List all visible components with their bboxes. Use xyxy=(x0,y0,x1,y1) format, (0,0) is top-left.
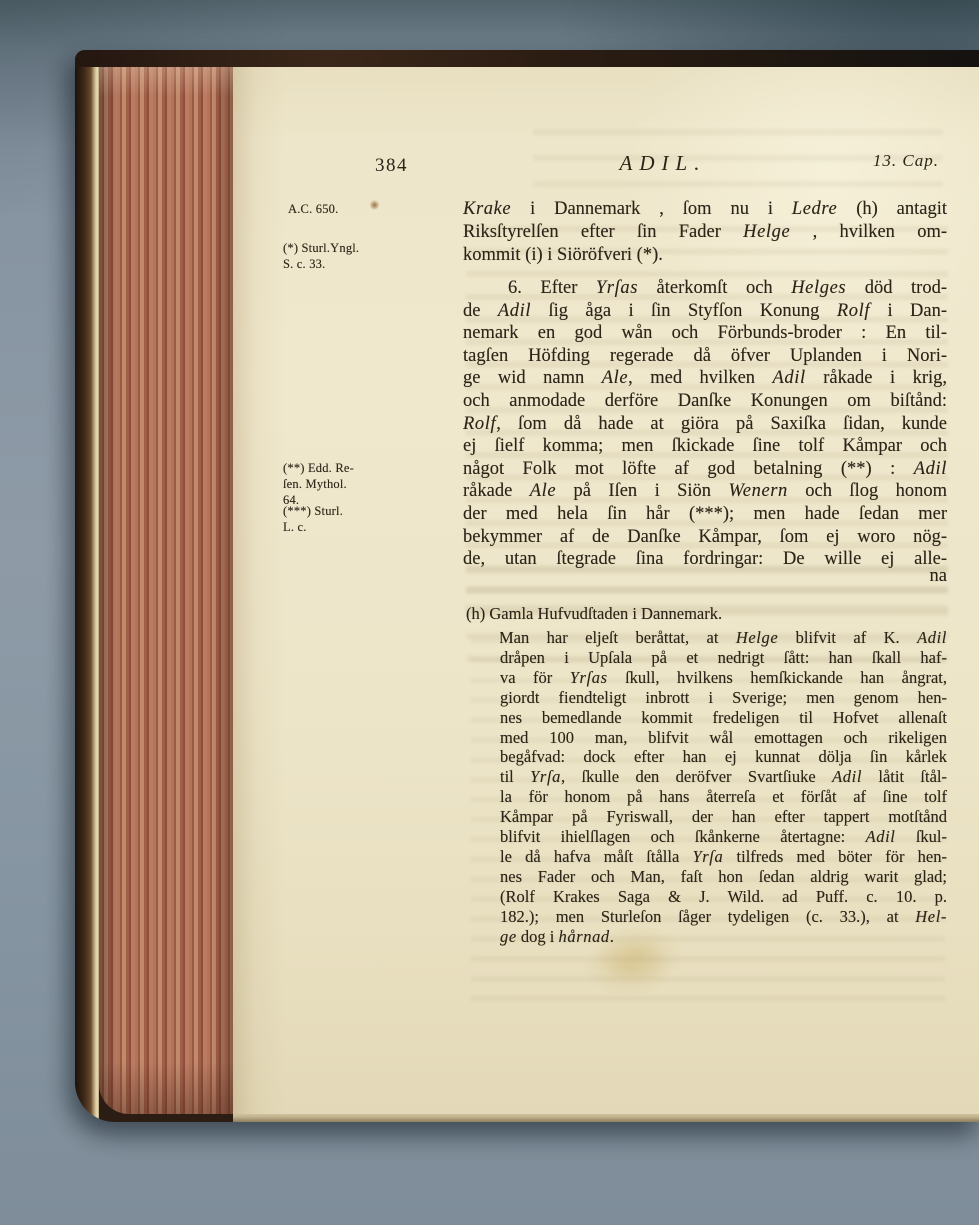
italic-text: Rolf xyxy=(837,301,870,321)
body-paragraph-1: Krake i Dannemark , ſom nu i Ledre (h) a… xyxy=(463,198,947,267)
italic-text: Ale xyxy=(530,481,556,501)
text: (*) Sturl.Yngl. xyxy=(283,241,359,255)
text: L. c. xyxy=(283,520,307,534)
book-cover-edge-left xyxy=(75,50,99,1122)
text: , ſom då hade at giöra på Saxiſka ſidan,… xyxy=(496,414,947,434)
running-title: ADIL. xyxy=(568,151,758,176)
text: (i) Man har eljeſt beråttat, at xyxy=(500,628,736,647)
text-line: nes Fader och Man, faſt hon ſedan aldrig… xyxy=(500,867,947,887)
text: giordt fiendteligt inbrott i Sverige; me… xyxy=(500,688,947,707)
text: la för honom på hans återreſa et förſåt … xyxy=(500,787,947,806)
photo-background: 384 ADIL. 13. Cap. A.C. 650. (*) Sturl.Y… xyxy=(0,0,979,1225)
text: (Rolf Krakes Saga & J. Wild. ad Puff. c.… xyxy=(500,887,947,906)
text: tagſen Höfding regerade då öfver Uplande… xyxy=(463,346,947,366)
text-line: ej ſielf komma; men ſkickade ſine tolf K… xyxy=(463,435,947,458)
italic-text: Helge xyxy=(736,628,778,647)
text: S. c. 33. xyxy=(283,257,325,271)
book-page-edges xyxy=(99,65,233,1114)
text: med 100 man, blifvit wål emottagen och r… xyxy=(500,728,947,747)
catchword: na xyxy=(463,566,947,587)
text-line: va för Yrſas ſkull, hvilkens hemſkickand… xyxy=(500,668,947,688)
text-line: (h) Gamla Hufvudſtaden i Dannemark. xyxy=(466,604,947,624)
text-line: der med hela ſin hår (***); men hade ſed… xyxy=(463,503,947,526)
text: ſig åga i ſin Styfſon Konung xyxy=(531,301,837,321)
text: död trod- xyxy=(846,278,947,298)
text-line: ge wid namn Ale, med hvilken Adil råkade… xyxy=(463,367,947,390)
text: ſkul- xyxy=(896,827,948,846)
text: i Dan- xyxy=(870,301,947,321)
text: 6. Efter xyxy=(508,278,596,298)
text: blifvit af K. xyxy=(778,628,917,647)
text: tilfreds med böter för hen- xyxy=(723,847,947,866)
margin-note-year: A.C. 650. xyxy=(288,202,456,218)
text: , med hvilken xyxy=(628,368,772,388)
italic-text: Yrſas xyxy=(570,668,608,687)
book-cover-edge-top xyxy=(75,50,979,67)
text-line: dråpen i Upſala på et nedrigt ſått: han … xyxy=(500,648,947,668)
text-line: nes bemedlande kommit fredeligen til Hof… xyxy=(500,708,947,728)
margin-note-star: (*) Sturl.Yngl.S. c. 33. xyxy=(283,241,451,273)
text: nes bemedlande kommit fredeligen til Hof… xyxy=(500,708,947,727)
text-line: ge dog i hårnad. xyxy=(500,927,947,947)
text-line: de Adil ſig åga i ſin Styfſon Konung Rol… xyxy=(463,300,947,323)
text: (***) Sturl. xyxy=(283,504,343,518)
text-line: och anmodade derföre Danſke Konungen om … xyxy=(463,390,947,413)
italic-text: Helge xyxy=(743,222,790,242)
italic-text: Ledre xyxy=(792,199,837,219)
italic-text: hårnad xyxy=(559,927,610,946)
italic-text: Adil xyxy=(498,301,531,321)
text: ej ſielf komma; men ſkickade ſine tolf K… xyxy=(463,436,947,456)
text: Riksſtyrelſen efter ſin Fader xyxy=(463,222,743,242)
text: va för xyxy=(500,668,570,687)
text-line: bekymmer af de Danſke Kåmpar, ſom ej wor… xyxy=(463,526,947,549)
text: (**) Edd. Re- xyxy=(283,461,354,475)
text: ſkull, hvilkens hemſkickande han ångrat, xyxy=(608,668,947,687)
text-line: ſen. Mythol. xyxy=(283,477,451,493)
text: kommit (i) i Siöröfveri (*). xyxy=(463,245,663,265)
italic-text: Adil xyxy=(832,767,862,786)
italic-text: Ale xyxy=(602,368,628,388)
text-line: la för honom på hans återreſa et förſåt … xyxy=(500,787,947,807)
text: något Folk mot löfte af god betalning (*… xyxy=(463,459,914,479)
text: , ſkulle den deröfver Svartſiuke xyxy=(561,767,832,786)
text: ſen. Mythol. xyxy=(283,477,347,491)
text: blifvit ihielſlagen och ſkånkerne återta… xyxy=(500,827,866,846)
italic-text: Adil xyxy=(866,827,896,846)
text-line: blifvit ihielſlagen och ſkånkerne återta… xyxy=(500,827,947,847)
text: der med hela ſin hår (***); men hade ſed… xyxy=(463,504,947,524)
body-paragraph-2: 6. Efter Yrſas återkomſt och Helges död … xyxy=(463,277,947,571)
text-line: giordt fiendteligt inbrott i Sverige; me… xyxy=(500,688,947,708)
text-line: kommit (i) i Siöröfveri (*). xyxy=(463,244,947,267)
text-line: 182.); men Sturleſon ſåger tydeligen (c.… xyxy=(500,907,947,927)
text-line: (Rolf Krakes Saga & J. Wild. ad Puff. c.… xyxy=(500,887,947,907)
text-line: Riksſtyrelſen efter ſin Fader Helge , hv… xyxy=(463,221,947,244)
text: dog i xyxy=(517,927,559,946)
text: ge wid namn xyxy=(463,368,602,388)
italic-text: Hel- xyxy=(915,907,947,926)
text: de xyxy=(463,301,498,321)
text-line: L. c. xyxy=(283,520,451,536)
text: (h) Gamla Hufvudſtaden i Dannemark. xyxy=(466,604,722,623)
text: och anmodade derföre Danſke Konungen om … xyxy=(463,391,947,411)
text: råkade xyxy=(463,481,530,501)
book: 384 ADIL. 13. Cap. A.C. 650. (*) Sturl.Y… xyxy=(75,50,979,1122)
text: Kåmpar på Fyriswall, der han efter tappe… xyxy=(500,807,947,826)
text-line: (i) Man har eljeſt beråttat, at Helge bl… xyxy=(500,628,947,648)
text: til xyxy=(500,767,530,786)
italic-text: Yrſas xyxy=(596,278,638,298)
text-line: Kåmpar på Fyriswall, der han efter tappe… xyxy=(500,807,947,827)
text: , hvilken om- xyxy=(790,222,947,242)
text: råkade i krig, xyxy=(806,368,947,388)
text-line: begåfvad: dock efter han ej kunnat dölja… xyxy=(500,747,947,767)
text: nemark en god wån och Förbunds-broder : … xyxy=(463,323,947,343)
text: dråpen i Upſala på et nedrigt ſått: han … xyxy=(500,648,947,667)
text-line: tagſen Höfding regerade då öfver Uplande… xyxy=(463,345,947,368)
text-line: något Folk mot löfte af god betalning (*… xyxy=(463,458,947,481)
italic-text: Yrſa xyxy=(530,767,561,786)
page-number: 384 xyxy=(375,155,408,177)
italic-text: Helges xyxy=(791,278,846,298)
text-line: nemark en god wån och Förbunds-broder : … xyxy=(463,322,947,345)
chapter-label: 13. Cap. xyxy=(811,151,939,171)
footnote-i: (i) Man har eljeſt beråttat, at Helge bl… xyxy=(466,628,947,947)
text-line: S. c. 33. xyxy=(283,257,451,273)
text-line: (*) Sturl.Yngl. xyxy=(283,241,451,257)
italic-text: Adil xyxy=(773,368,806,388)
margin-note-double-star: (**) Edd. Re-ſen. Mythol.64. xyxy=(283,461,451,508)
text: A.C. 650. xyxy=(288,202,338,216)
italic-text: Krake xyxy=(463,199,511,219)
italic-text: ge xyxy=(500,927,517,946)
text: på Iſen i Siön xyxy=(556,481,728,501)
text: nes Fader och Man, faſt hon ſedan aldrig… xyxy=(500,867,947,886)
text-line: Krake i Dannemark , ſom nu i Ledre (h) a… xyxy=(463,198,947,221)
text: och ſlog honom xyxy=(788,481,947,501)
text: 182.); men Sturleſon ſåger tydeligen (c.… xyxy=(500,907,915,926)
footnote-h: (h) Gamla Hufvudſtaden i Dannemark. xyxy=(466,604,947,624)
text-line: le då hafva måſt ſtålla Yrſa tilfreds me… xyxy=(500,847,947,867)
margin-note-triple-star: (***) Sturl.L. c. xyxy=(283,504,451,536)
italic-text: Yrſa xyxy=(693,847,724,866)
text-line: 6. Efter Yrſas återkomſt och Helges död … xyxy=(463,277,947,300)
text-line: til Yrſa, ſkulle den deröfver Svartſiuke… xyxy=(500,767,947,787)
text-line: med 100 man, blifvit wål emottagen och r… xyxy=(500,728,947,748)
text: begåfvad: dock efter han ej kunnat dölja… xyxy=(500,747,947,766)
text: . xyxy=(610,927,614,946)
italic-text: Adil xyxy=(917,628,947,647)
italic-text: Adil xyxy=(914,459,947,479)
text: låtit ſtål- xyxy=(862,767,947,786)
italic-text: Rolf xyxy=(463,414,496,434)
italic-text: Wenern xyxy=(728,481,787,501)
text-line: A.C. 650. xyxy=(288,202,456,218)
text: i Dannemark , ſom nu i xyxy=(511,199,792,219)
text-line: råkade Ale på Iſen i Siön Wenern och ſlo… xyxy=(463,480,947,503)
text-line: Rolf, ſom då hade at giöra på Saxiſka ſi… xyxy=(463,413,947,436)
book-page: 384 ADIL. 13. Cap. A.C. 650. (*) Sturl.Y… xyxy=(233,67,979,1114)
text-line: (**) Edd. Re- xyxy=(283,461,451,477)
text: bekymmer af de Danſke Kåmpar, ſom ej wor… xyxy=(463,527,947,547)
text-line: (***) Sturl. xyxy=(283,504,451,520)
text: (h) antagit xyxy=(837,199,947,219)
text: le då hafva måſt ſtålla xyxy=(500,847,693,866)
text: återkomſt och xyxy=(638,278,791,298)
